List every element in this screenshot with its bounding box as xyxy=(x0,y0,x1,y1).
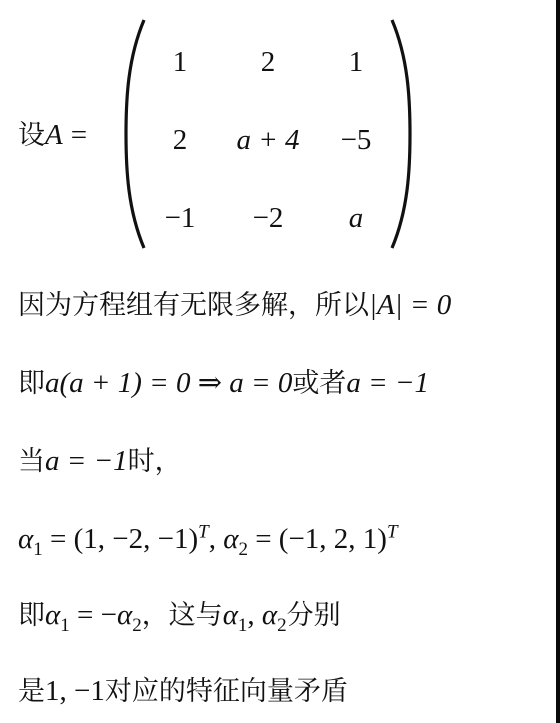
label-cjk: 设 xyxy=(18,120,45,151)
matrix-cell: 2 xyxy=(135,122,225,158)
vector-value: = (1, −2, −1) xyxy=(43,523,198,555)
matrix-cell: −1 xyxy=(135,200,225,236)
subscript: 2 xyxy=(238,539,248,560)
right-edge-bar xyxy=(556,0,560,723)
alpha-symbol: α xyxy=(45,599,60,631)
text-line-case: 当a = −1时， xyxy=(18,442,182,480)
alpha-symbol: α xyxy=(262,599,277,631)
subscript: 1 xyxy=(238,615,248,636)
line-math: = − xyxy=(70,599,117,631)
matrix-cell: 2 xyxy=(223,44,313,80)
line-text: 对应的特征向量矛盾 xyxy=(105,676,348,707)
matrix-label: 设A= xyxy=(18,116,95,154)
line-text: 即 xyxy=(18,600,45,631)
line-text: 时， xyxy=(128,446,182,477)
matrix-cell: a + 4 xyxy=(223,122,313,158)
text-line-contradiction: 即α1 = −α2，这与α1, α2分别 xyxy=(18,596,341,634)
matrix-cell: −5 xyxy=(311,122,401,158)
line-text: 因为方程组有无限多解，所以 xyxy=(18,290,369,321)
text-line-conclusion: 是1, −1对应的特征向量矛盾 xyxy=(18,672,348,710)
transpose-sup: T xyxy=(198,521,209,542)
line-text: 分别 xyxy=(287,600,341,631)
subscript: 1 xyxy=(60,615,70,636)
separator: , xyxy=(209,523,224,555)
line-text: 当 xyxy=(18,446,45,477)
matrix-symbol: A xyxy=(45,119,63,151)
vector-value: = (−1, 2, 1) xyxy=(248,523,387,555)
subscript: 1 xyxy=(33,539,43,560)
separator: , xyxy=(247,599,262,631)
line-text: 或者 xyxy=(292,368,346,399)
matrix-cell: 1 xyxy=(135,44,225,80)
alpha-symbol: α xyxy=(117,599,132,631)
line-math: a = −1 xyxy=(45,445,128,477)
line-text: 是 xyxy=(18,676,45,707)
text-line-solve-a: 即a(a + 1) = 0 ⇒ a = 0或者a = −1 xyxy=(18,364,429,402)
transpose-sup: T xyxy=(387,521,398,542)
matrix-cell: −2 xyxy=(223,200,313,236)
alpha-symbol: α xyxy=(223,599,238,631)
matrix-cell: 1 xyxy=(311,44,401,80)
subscript: 2 xyxy=(277,615,287,636)
line-text: 即 xyxy=(18,368,45,399)
equals-sign: = xyxy=(71,119,87,151)
line-math: a(a + 1) = 0 ⇒ a = 0 xyxy=(45,367,292,399)
alpha-symbol: α xyxy=(223,523,238,555)
subscript: 2 xyxy=(132,615,142,636)
text-line-determinant: 因为方程组有无限多解，所以|A| = 0 xyxy=(18,286,451,324)
line-math: 1, −1 xyxy=(45,675,105,707)
alpha-symbol: α xyxy=(18,523,33,555)
matrix-cell: a xyxy=(311,200,401,236)
line-text: ，这与 xyxy=(142,600,223,631)
line-math: a = −1 xyxy=(346,367,429,399)
line-math: |A| = 0 xyxy=(369,289,451,321)
text-line-eigenvectors: α1 = (1, −2, −1)T, α2 = (−1, 2, 1)T xyxy=(18,520,398,557)
